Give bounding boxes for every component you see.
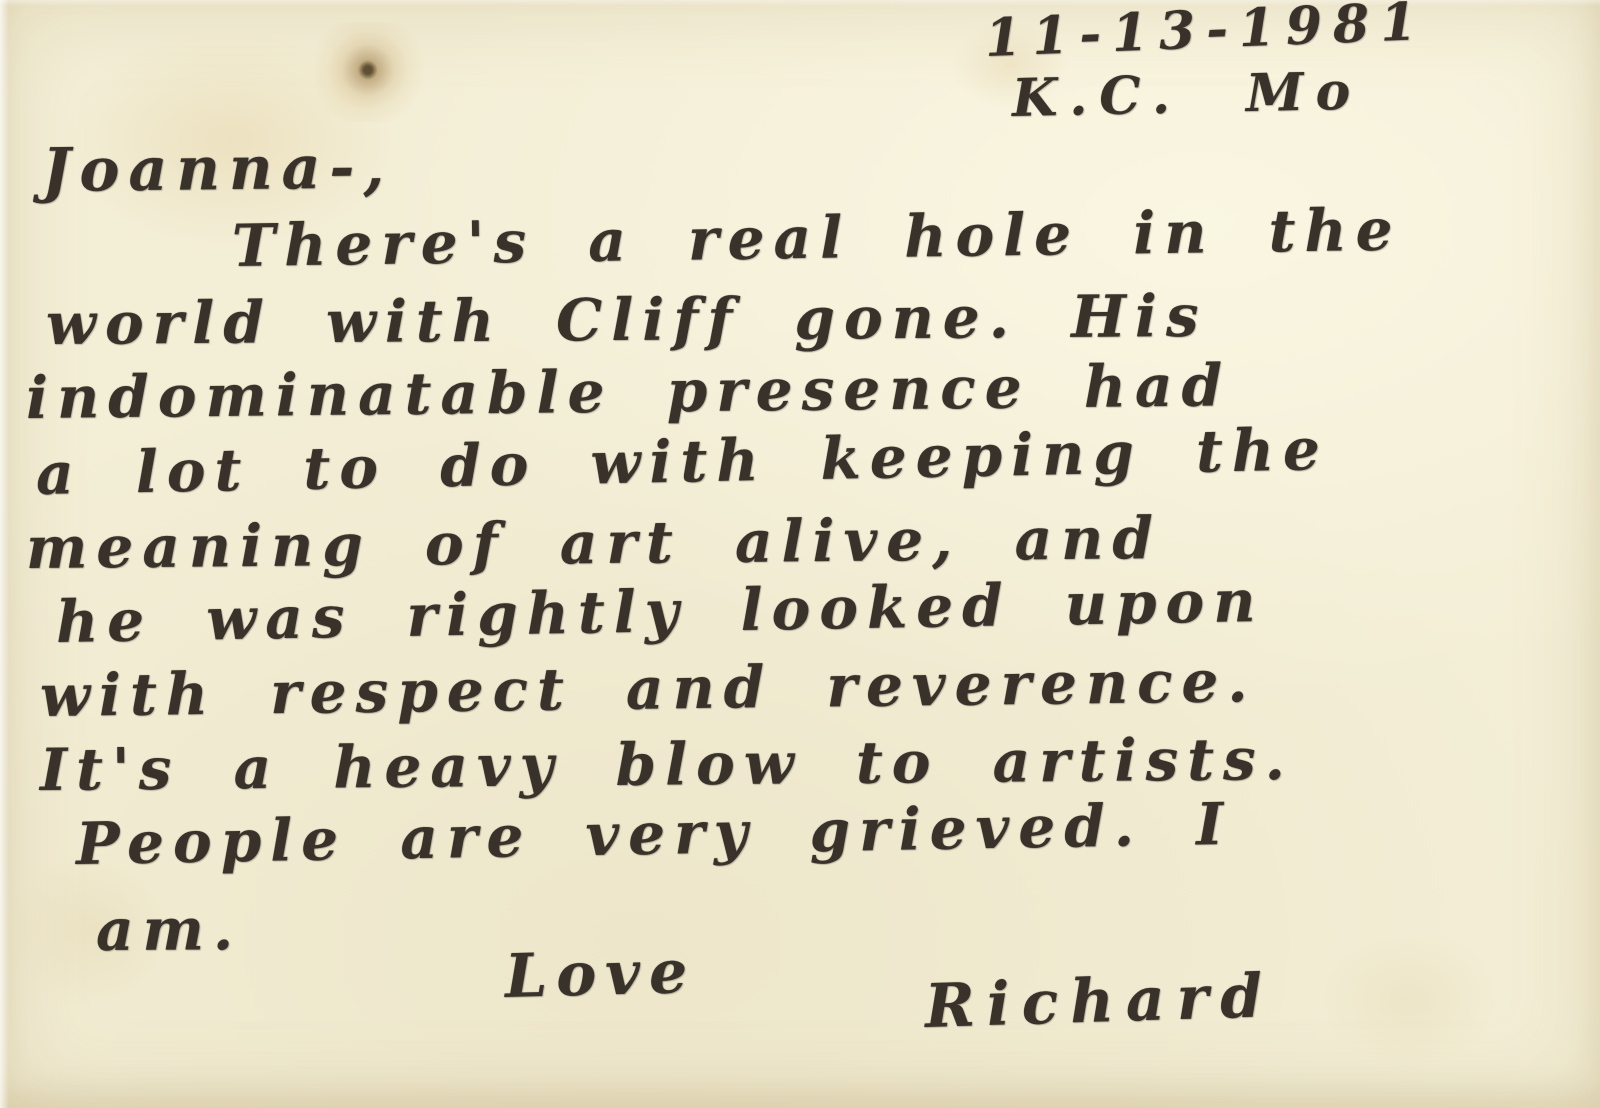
stain-patch: [1320, 930, 1500, 1070]
body-line: meaning of art alive, and: [26, 504, 1162, 582]
body-line: People are very grieved. I: [75, 790, 1232, 878]
body-line: with respect and reverence.: [40, 647, 1257, 730]
letter-paper: 11-13-1981 K.C. Mo Joanna-, There's a re…: [0, 0, 1600, 1108]
body-line: am.: [96, 895, 243, 964]
closing: Love: [504, 937, 697, 1012]
paper-edge-left: [0, 0, 9, 1108]
body-line: world with Cliff gone. His: [46, 282, 1208, 358]
body-line: he was rightly looked upon: [55, 567, 1264, 656]
body-line: There's a real hole in the: [232, 196, 1402, 280]
stain-spot: [315, 22, 425, 122]
salutation: Joanna-,: [42, 132, 394, 206]
signature: Richard: [924, 961, 1275, 1042]
place-line: K.C. Mo: [1011, 61, 1362, 129]
date-line: 11-13-1981: [984, 0, 1429, 69]
